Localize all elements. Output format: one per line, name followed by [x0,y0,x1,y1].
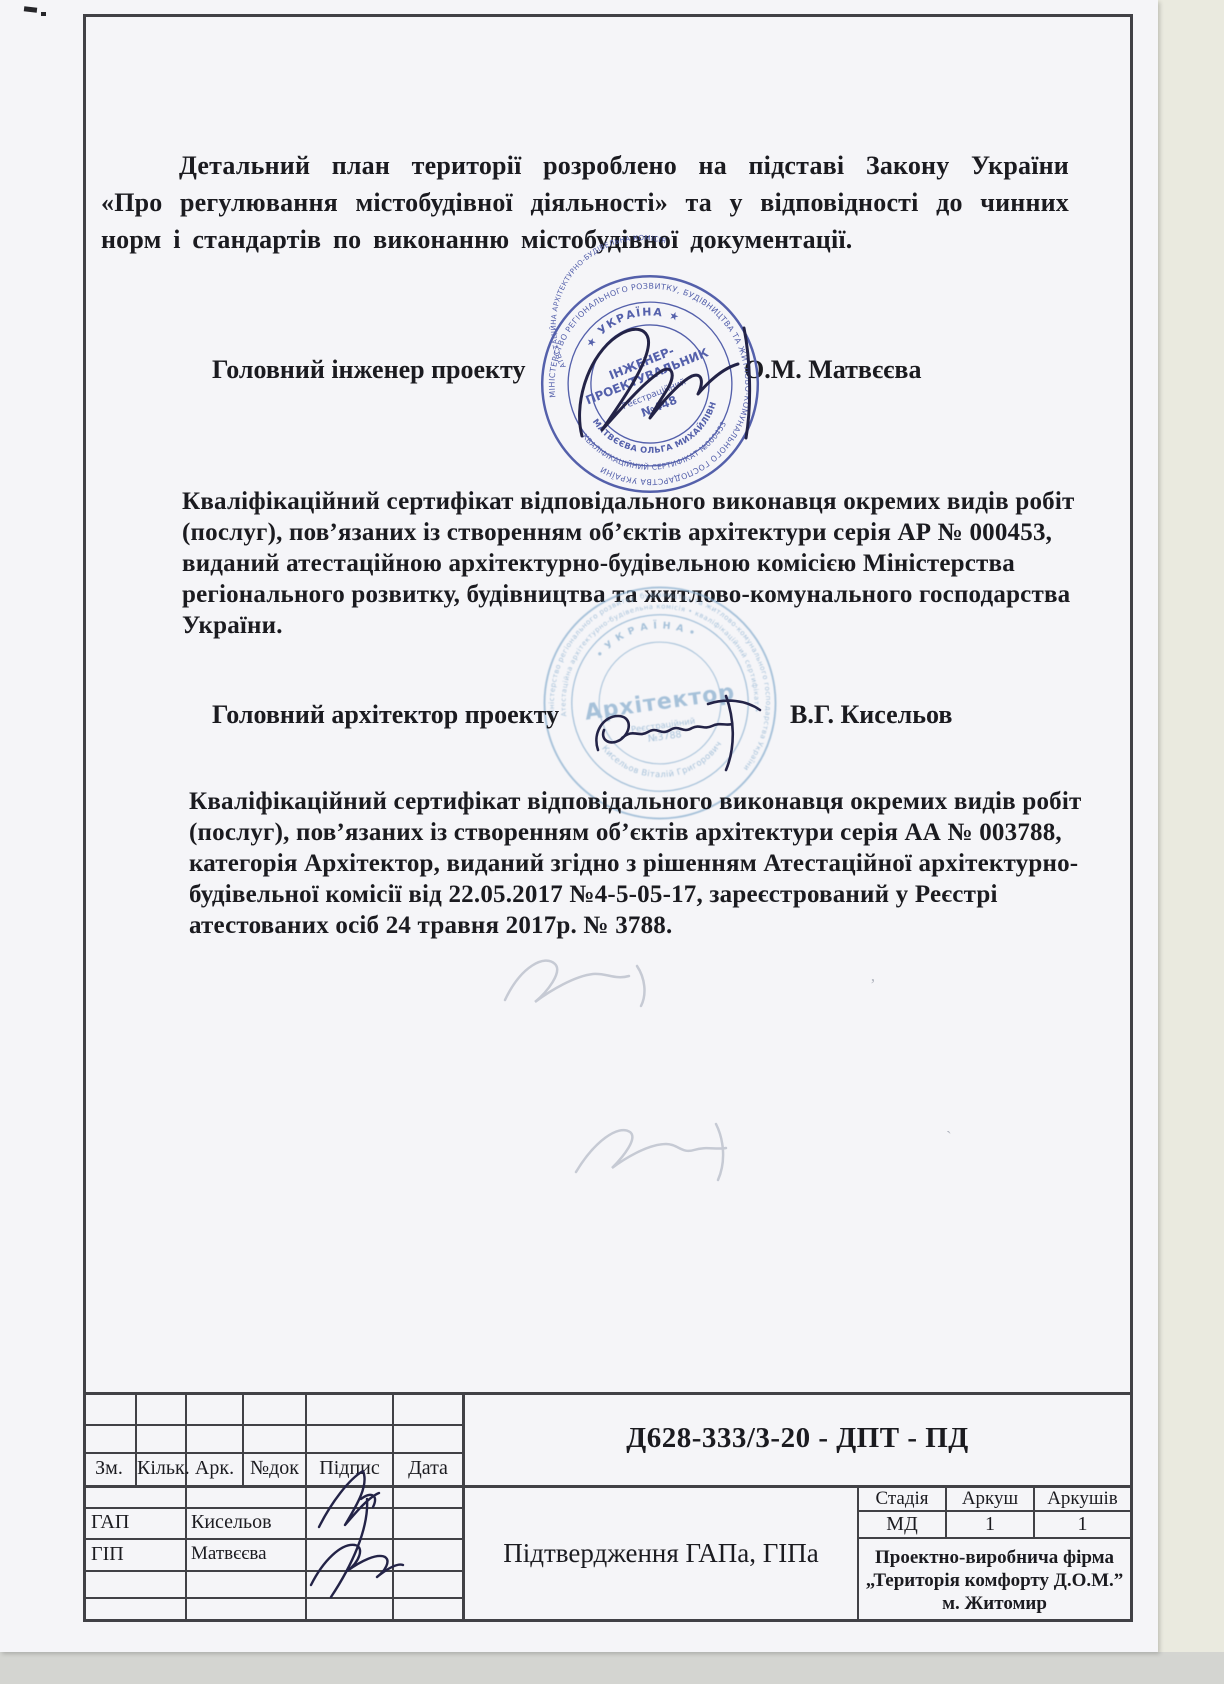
grid-line [83,1392,86,1622]
document-code: Д628-333/3-20 - ДПТ - ПД [465,1392,1130,1485]
engineer-signature [568,318,773,473]
architect-certificate-paragraph: Кваліфікаційний сертифікат відповідально… [189,786,1095,941]
firm-cell: Проектно-виробнича фірма „Територія комф… [859,1539,1130,1615]
ghost-scribble [566,1112,756,1197]
scan-artifact [41,12,46,16]
firm-line-1: Проектно-виробнича фірма [859,1546,1130,1569]
column-header-data: Дата [394,1452,462,1485]
role-gap: ГАП [91,1507,183,1538]
firm-line-3: м. Житомир [859,1592,1130,1615]
grid-line [83,1570,462,1572]
ghost-stroke [505,961,644,1006]
signature-stroke [580,328,750,438]
title-block: Зм. Кільк. Арк. №док Підпис Дата ГАП Кис… [83,1392,1133,1622]
title-block-signatures [301,1465,401,1605]
grid-line [83,1597,462,1599]
scan-speck: ˏ [946,1115,952,1135]
chief-engineer-label: Головний інженер проекту [212,355,525,385]
scanner-background-bottom [0,1652,1224,1684]
grid-line [185,1392,187,1622]
column-header-zm: Зм. [83,1452,135,1485]
sheet-value: 1 [947,1512,1033,1537]
firm-line-2: „Територія комфорту Д.О.М.” [859,1569,1130,1592]
intro-paragraph: Детальний план території розроблено на п… [101,147,1069,258]
document-page: Детальний план території розроблено на п… [0,0,1158,1652]
scan-artifact [24,6,38,13]
stage-column-header: Стадія [859,1487,945,1511]
signature-stroke [596,696,760,770]
sheets-value: 1 [1035,1512,1130,1537]
signature-stroke [319,1471,379,1527]
name-matveeva: Матвєєва [191,1538,303,1570]
signature-stroke [311,1499,403,1597]
sheets-column-header: Аркушів [1035,1487,1130,1511]
chief-architect-label: Головний архітектор проекту [212,700,559,730]
name-kyselov: Кисельов [191,1507,303,1538]
column-header-ark: Арк. [187,1452,242,1485]
sheet-column-header: Аркуш [947,1487,1033,1511]
architect-signature [588,688,773,783]
ghost-stroke [576,1124,726,1180]
ghost-scribble [497,948,667,1023]
stage-value: МД [859,1512,945,1537]
grid-line [83,1424,462,1426]
column-header-ndok: №док [244,1452,305,1485]
grid-line [1130,1392,1133,1622]
role-gip: ГІП [91,1538,183,1570]
scan-speck: ’ [870,975,876,995]
column-header-kilk: Кільк. [137,1452,185,1485]
scanner-background-right [1158,0,1224,1684]
chief-architect-name: В.Г. Кисельов [790,700,952,730]
confirmation-label: Підтвердження ГАПа, ГІПа [465,1485,857,1622]
